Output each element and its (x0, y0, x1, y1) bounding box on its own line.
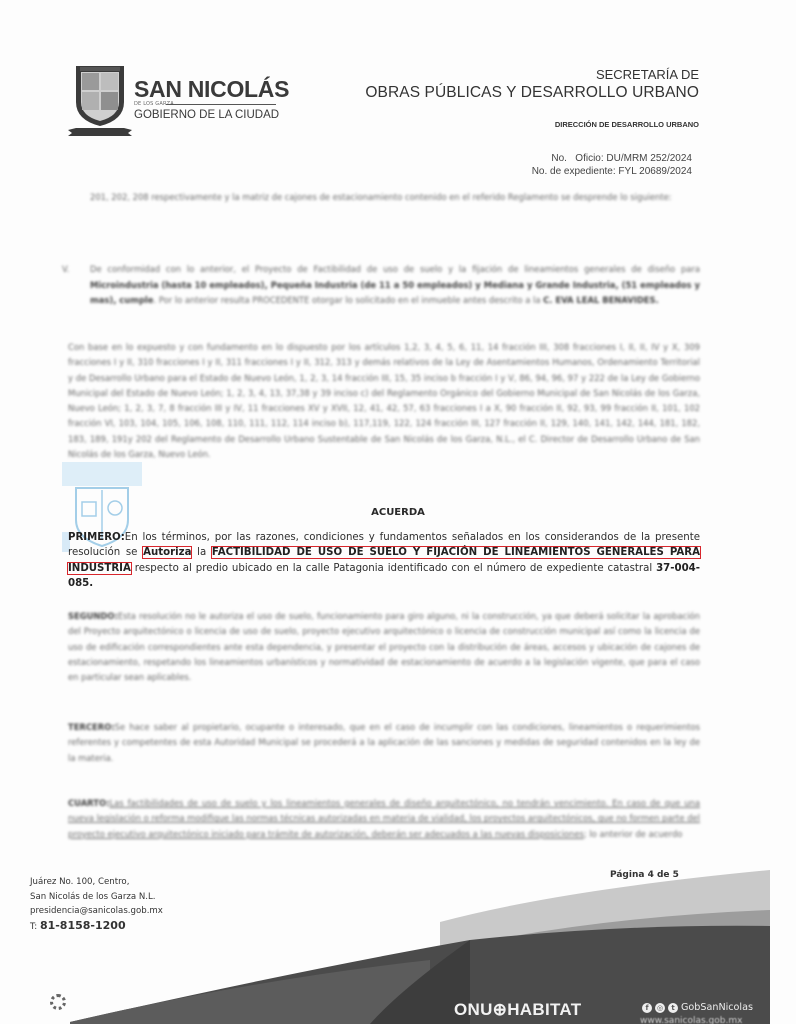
factibilidad-highlight: FACTIBILIDAD DE USO DE SUELO Y FIJACIÓN … (212, 547, 700, 558)
onu-habitat-logo: ONU⊕HABITAT (454, 1000, 581, 1020)
social-handle-text: GobSanNicolas (681, 1002, 753, 1013)
phone-prefix: T: (30, 922, 37, 932)
seal-mark-icon (50, 994, 66, 1010)
section-v-text-b: . Por lo anterior resulta PROCEDENTE oto… (154, 295, 544, 305)
secretaria-line1: SECRETARÍA DE (596, 67, 699, 82)
twitter-icon[interactable]: t (668, 1003, 678, 1013)
tercero-text: Se hace saber al propietario, ocupante o… (68, 722, 700, 763)
cuarto-label: CUARTO: (68, 798, 109, 808)
logo-government: GOBIERNO DE LA CIUDAD (134, 109, 279, 121)
section-v-number: V. (62, 262, 69, 278)
phone-line: T: 81-8158-1200 (30, 919, 163, 935)
cuarto-text-after: ; lo anterior de acuerdo (584, 829, 683, 839)
email-link[interactable]: presidencia@sanicolas.gob.mx (30, 904, 163, 919)
page-number: Página 4 de 5 (610, 870, 679, 880)
crest-ribbon-icon (68, 126, 132, 138)
tercero-paragraph: TERCERO:Se hace saber al propietario, oc… (68, 720, 700, 766)
expediente-number: No. de expediente: FYL 20689/2024 (532, 165, 692, 178)
acuerda-heading: ACUERDA (0, 507, 796, 518)
address-line1: Juárez No. 100, Centro, (30, 875, 163, 890)
social-handle[interactable]: f ◎ t GobSanNicolas (642, 1002, 753, 1013)
primero-connector: la (191, 547, 211, 558)
footer-address: Juárez No. 100, Centro, San Nicolás de l… (30, 875, 163, 934)
direccion-label: DIRECCIÓN DE DESARROLLO URBANO (555, 120, 699, 129)
autoriza-highlight: Autoriza (143, 547, 191, 558)
paragraph-top: 201, 202, 208 respectivamente y la matri… (90, 190, 700, 206)
city-coat-of-arms-icon (72, 62, 128, 128)
logo-divider (166, 104, 276, 105)
logo-city-name: SAN NICOLÁS (134, 76, 289, 103)
industria-highlight: INDUSTRIA (68, 563, 131, 574)
document-page: SAN NICOLÁS DE LOS GARZA GOBIERNO DE LA … (0, 0, 796, 1024)
legal-basis-paragraph: Con base en lo expuesto y con fundamento… (68, 340, 700, 462)
segundo-label: SEGUNDO: (68, 611, 118, 621)
phone-number[interactable]: 81-8158-1200 (40, 919, 126, 932)
segundo-paragraph: SEGUNDO:Esta resolución no le autoriza e… (68, 609, 700, 685)
tercero-label: TERCERO: (68, 722, 115, 732)
section-v-text: De conformidad con lo anterior, el Proye… (90, 264, 700, 274)
primero-location-text: respecto al predio ubicado en la calle P… (131, 563, 656, 574)
instagram-icon[interactable]: ◎ (655, 1003, 665, 1013)
primero-label: PRIMERO: (68, 532, 125, 543)
secretaria-line2: OBRAS PÚBLICAS Y DESARROLLO URBANO (365, 84, 699, 102)
segundo-text: Esta resolución no le autoriza el uso de… (68, 611, 700, 682)
document-reference: No. Oficio: DU/MRM 252/2024 No. de exped… (532, 152, 692, 178)
facebook-icon[interactable]: f (642, 1003, 652, 1013)
section-v-paragraph: De conformidad con lo anterior, el Proye… (90, 262, 700, 309)
website-link[interactable]: www.sanicolas.gob.mx (640, 1016, 742, 1024)
cuarto-paragraph: CUARTO:Las factibilidades de uso de suel… (68, 796, 700, 842)
applicant-name: C. EVA LEAL BENAVIDES. (543, 295, 659, 305)
oficio-number: No. Oficio: DU/MRM 252/2024 (532, 152, 692, 165)
address-line2: San Nicolás de los Garza N.L. (30, 890, 163, 905)
primero-paragraph: PRIMERO:En los términos, por las razones… (68, 530, 700, 592)
